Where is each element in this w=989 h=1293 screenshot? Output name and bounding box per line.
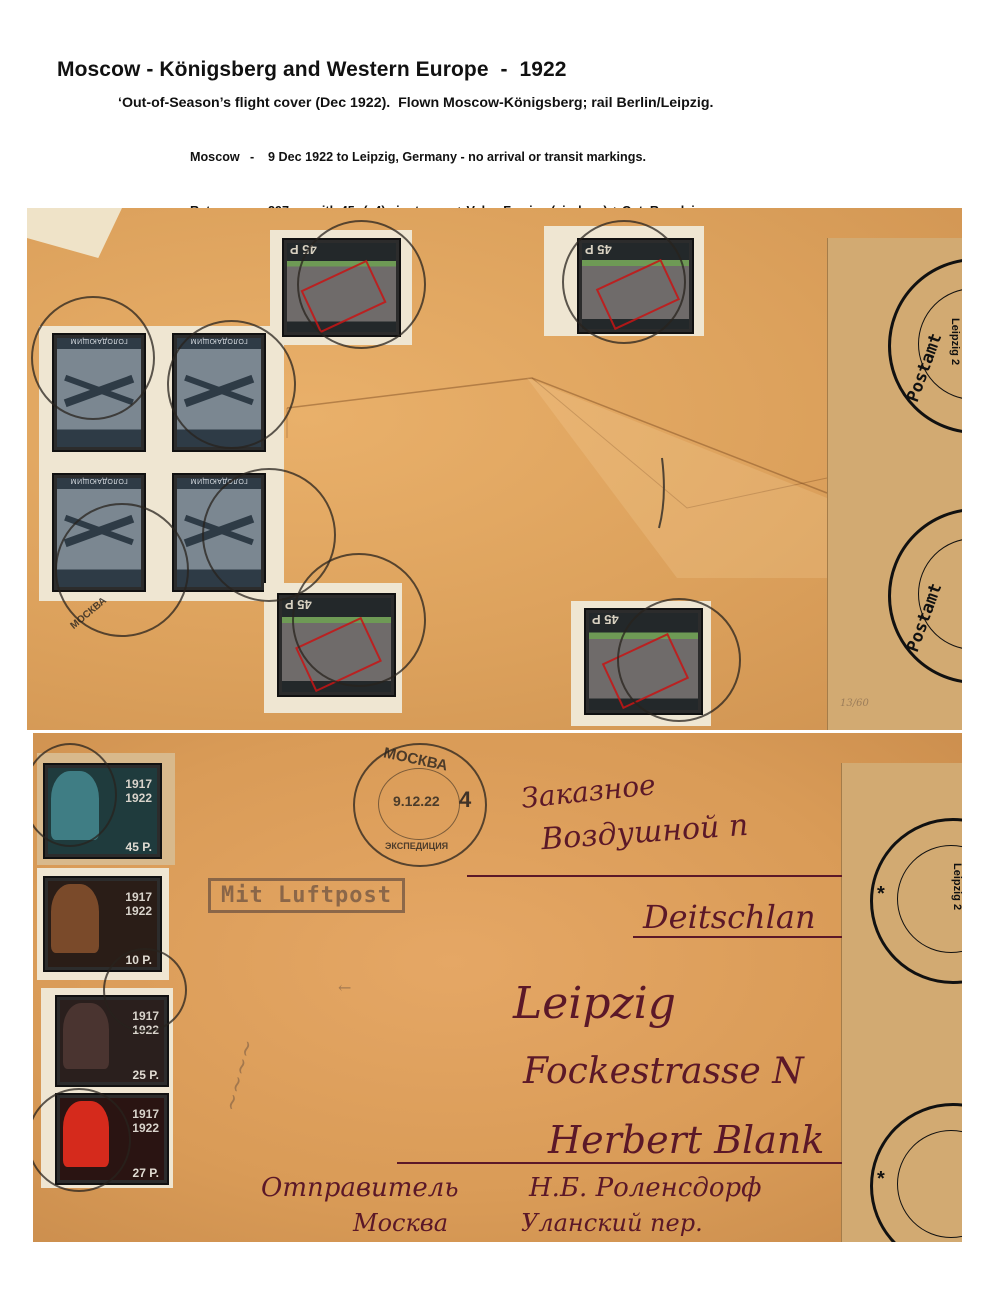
postmark — [31, 296, 155, 420]
pencil-notation: ~~~~ — [218, 1037, 261, 1115]
leipzig-text-1: Leipzig 2 — [949, 318, 961, 365]
postmark — [167, 320, 296, 449]
detail-text: 9 Dec 1922 to Leipzig, Germany - no arri… — [268, 150, 646, 164]
postmark — [103, 948, 187, 1032]
cover-image: Postamt Leipzig 2 Postamt 13/60 ГОЛОДАЮЩ… — [27, 208, 962, 1242]
sender-address: Уланский пер. — [521, 1209, 703, 1237]
postmark — [297, 220, 426, 349]
postmark — [292, 553, 426, 687]
address-city: Leipzig — [513, 978, 676, 1029]
postmark — [562, 220, 686, 344]
sender-label: Отправитель — [261, 1173, 459, 1203]
page-title: Moscow - Königsberg and Western Europe -… — [57, 58, 567, 82]
address-country: Deitschlan — [643, 898, 816, 936]
sender-name: Н.Б. Роленсдорф — [529, 1173, 761, 1203]
leipzig-text-2: Leipzig 2 — [951, 863, 962, 910]
postmark-number: 4 — [459, 787, 471, 813]
address-name: Herbert Blank — [548, 1118, 824, 1162]
postmark-bottom: ЭКСПЕДИЦИЯ — [385, 841, 448, 851]
pencil-note: 13/60 — [840, 698, 869, 709]
address-street: Fockestrasse N — [523, 1051, 804, 1092]
censor-tape-bottom: * Leipzig 2 * — [841, 763, 962, 1242]
detail-row-moscow: Moscow-9 Dec 1922 to Leipzig, Germany - … — [176, 130, 734, 184]
address-airmail: Воздушной п — [540, 808, 749, 857]
sender-city: Москва — [353, 1209, 448, 1237]
envelope-front: * Leipzig 2 * 19171922 45 P. 19171922 10… — [33, 733, 962, 1242]
censor-tape-top: Postamt Leipzig 2 Postamt 13/60 — [827, 238, 962, 730]
address-registered: Заказное — [520, 768, 657, 815]
page-subtitle: ‘Out-of-Season’s flight cover (Dec 1922)… — [118, 95, 713, 111]
postmark-date: 9.12.22 — [393, 793, 440, 809]
arrow-mark: ← — [338, 978, 351, 997]
detail-label: Moscow — [190, 148, 250, 166]
mit-luftpost-handstamp: Mit Luftpost — [208, 878, 405, 913]
envelope-back: Postamt Leipzig 2 Postamt 13/60 ГОЛОДАЮЩ… — [27, 208, 962, 730]
postmark — [617, 598, 741, 722]
